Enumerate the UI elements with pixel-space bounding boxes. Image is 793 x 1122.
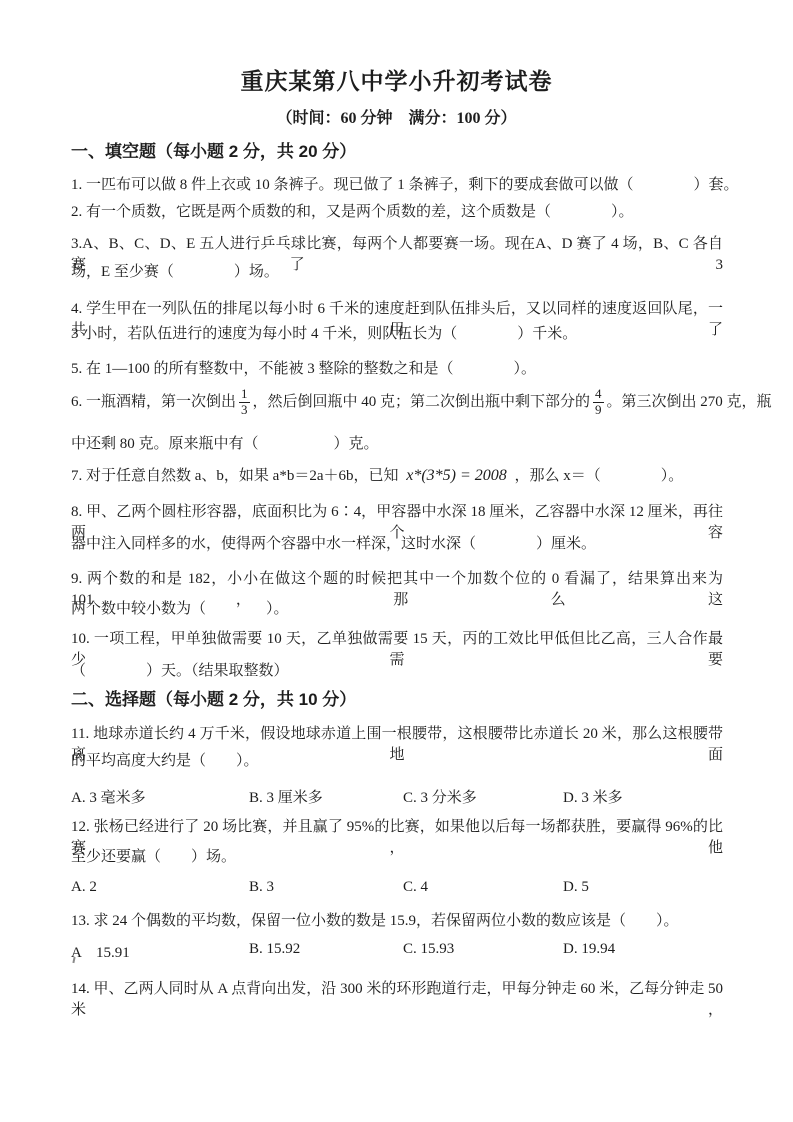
question-12-option-b: B. 3 [249,879,274,896]
question-1: 1. 一匹布可以做 8 件上衣或 10 条裤子。现已做了 1 条裤子，剩下的要成… [71,175,723,196]
question-13-option-b: B. 15.92 [249,941,300,958]
question-13: 13. 求 24 个偶数的平均数，保留一位小数的数是 15.9，若保留两位小数的… [71,911,723,932]
page-title: 重庆某第八中学小升初考试卷 [0,63,793,96]
question-12-option-a: A. 2 [71,879,97,896]
question-6-line-1: 6. 一瓶酒精，第一次倒出 1 3 ，然后倒回瓶中 40 克；第二次倒出瓶中剩下… [71,381,723,423]
question-11-option-a: A. 3 毫米多 [71,786,146,807]
question-7-math-expression: x*(3*5) = 2008 [406,467,507,484]
question-14: 14. 甲、乙两人同时从 A 点背向出发，沿 300 米的环形跑道行走，甲每分钟… [71,979,723,1021]
question-10-line-2: （ ）天。（结果取整数） [71,661,723,682]
question-12-line-2: 至少还要赢（ ）场。 [71,847,723,868]
question-13-options-row: A 15.91 B. 15.92 C. 15.93 D. 19.94 [71,941,723,961]
question-7: 7. 对于任意自然数 a、b，如果 a*b＝2a＋6b，已知 x*(3*5) =… [71,465,723,487]
question-8-line-2: 器中注入同样多的水，使得两个容器中水一样深，这时水深（ ）厘米。 [71,534,723,555]
question-11-option-d: D. 3 米多 [563,786,623,807]
question-11-options-row: A. 3 毫米多 B. 3 厘米多 C. 3 分米多 D. 3 米多 [71,786,723,806]
question-12-options-row: A. 2 B. 3 C. 4 D. 5 [71,879,723,899]
question-11-option-c: C. 3 分米多 [403,786,477,807]
fraction-one-third: 1 3 [239,387,250,418]
question-13-option-a: A 15.91 [71,941,130,962]
question-2: 2. 有一个质数，它既是两个质数的和，又是两个质数的差，这个质数是（ ）。 [71,202,723,223]
question-6-text-mid: ，然后倒回瓶中 40 克；第二次倒出瓶中剩下部分的 [253,392,591,413]
question-13-option-d: D. 19.94 [563,941,615,958]
question-4-line-2: 3 小时，若队伍进行的速度为每小时 4 千米，则队伍长为（ ）千米。 [71,324,723,345]
question-6-text-pre: 6. 一瓶酒精，第一次倒出 [71,392,236,413]
section-1-heading: 一、填空题（每小题 2 分，共 20 分） [71,137,731,162]
question-7-text-post: ，那么 x＝（ ）。 [515,468,684,484]
question-6-text-post: 。第三次倒出 270 克，瓶 [607,392,772,413]
question-13-option-c: C. 15.93 [403,941,454,958]
question-9-line-2: 两个数中较小数为（ ）。 [71,599,723,620]
fraction-four-ninths: 4 9 [593,387,604,418]
exam-time-score: （时间：60 分钟 满分：100 分） [0,105,793,128]
question-7-text-pre: 7. 对于任意自然数 a、b，如果 a*b＝2a＋6b，已知 [71,468,398,484]
question-5: 5. 在 1—100 的所有整数中，不能被 3 整除的整数之和是（ ）。 [71,359,723,380]
question-11-option-b: B. 3 厘米多 [249,786,323,807]
section-2-heading: 二、选择题（每小题 2 分，共 10 分） [71,685,731,710]
exam-paper-page: 重庆某第八中学小升初考试卷 （时间：60 分钟 满分：100 分） 一、填空题（… [0,0,793,1122]
question-12-option-c: C. 4 [403,879,428,896]
question-6-line-2: 中还剩 80 克。原来瓶中有（ ）克。 [71,434,723,455]
question-11-line-2: 的平均高度大约是（ ）。 [71,751,723,772]
question-3-line-2: 场，E 至少赛（ ）场。 [71,262,723,283]
question-12-option-d: D. 5 [563,879,589,896]
